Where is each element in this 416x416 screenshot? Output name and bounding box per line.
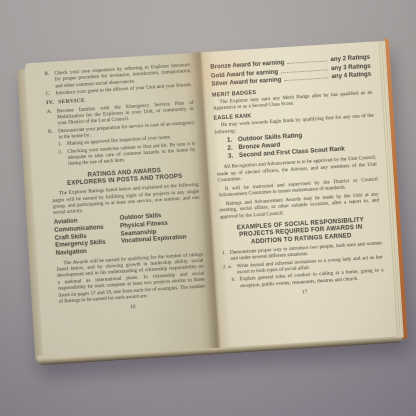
left-page-text: B. Check your own experience by referrin…: [25, 52, 219, 358]
ratings-column-1: Aviation Communications Craft Skills Eme…: [54, 215, 122, 258]
awards-paragraph: The Awards will be earned by qualifying …: [56, 251, 205, 305]
section-title: SERVICE: [58, 98, 85, 106]
ratings-column-2: Outdoor Skills Physical Fitness Seamansh…: [119, 210, 202, 254]
list-item-label: C.: [46, 91, 56, 98]
section-number: IV.: [46, 100, 58, 107]
right-page-text: Bronze Award for earning any 2 Ratings G…: [200, 41, 396, 348]
right-page: Bronze Award for earning any 2 Ratings G…: [200, 41, 396, 348]
photo-background: B. Check your own experience by referrin…: [0, 0, 416, 416]
dotted-leader: [287, 55, 328, 64]
ratings-columns: Aviation Communications Craft Skills Eme…: [54, 210, 203, 258]
award-value: any 4 Ratings: [331, 71, 371, 81]
list-item-label: 2. a.: [223, 263, 238, 277]
open-book: B. Check your own experience by referrin…: [15, 41, 407, 370]
left-page: B. Check your own experience by referrin…: [25, 52, 219, 358]
dotted-leader: [284, 73, 329, 82]
list-item-label: 1.: [58, 141, 67, 148]
list-item-label: 3.: [228, 152, 239, 161]
